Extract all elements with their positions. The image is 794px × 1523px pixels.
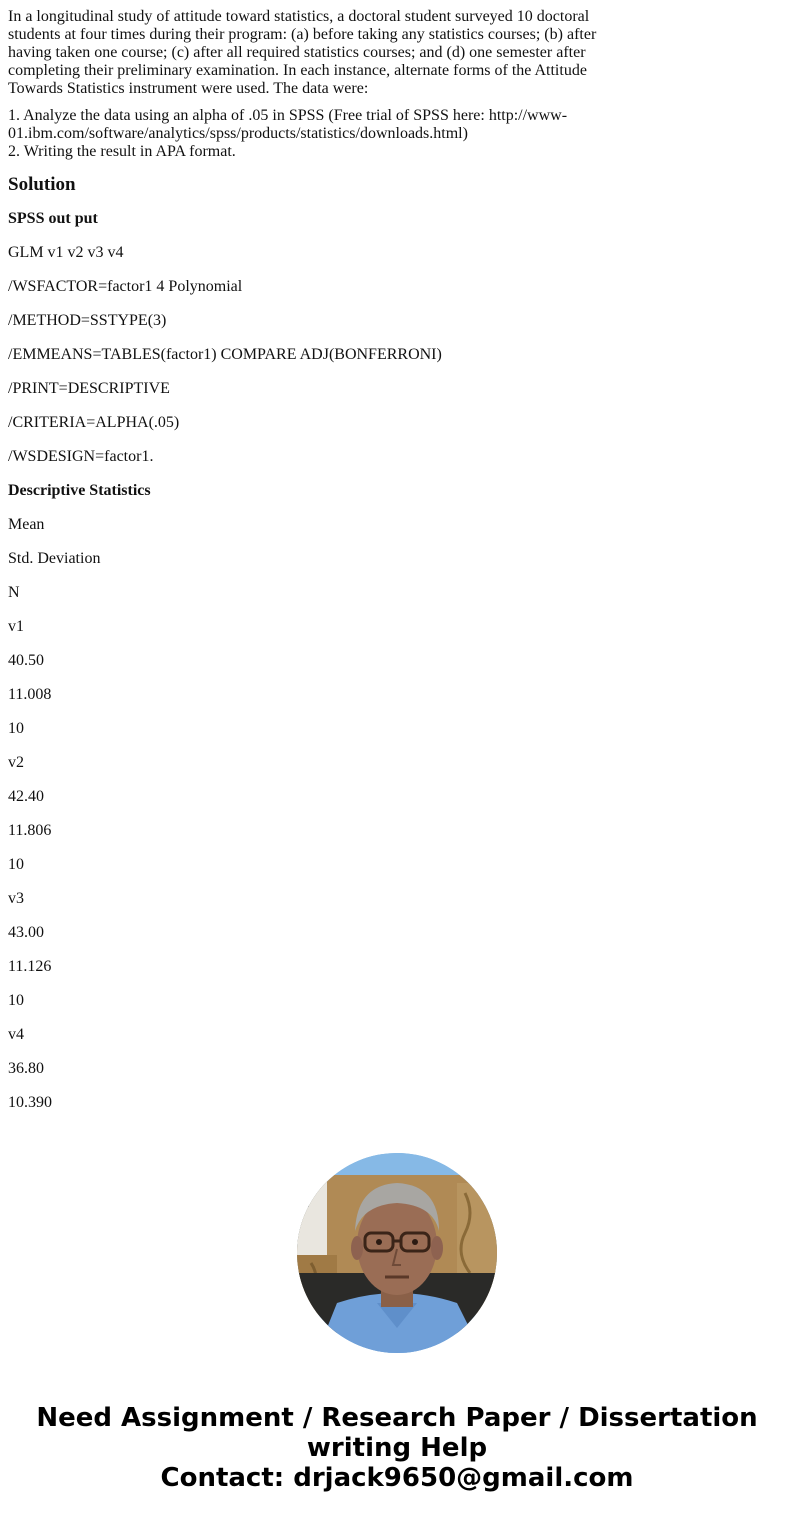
row-n: 10	[8, 720, 608, 738]
promo-line: writing Help	[0, 1433, 794, 1463]
row-variable: v4	[8, 1026, 608, 1044]
row-n: 10	[8, 992, 608, 1010]
syntax-line: /CRITERIA=ALPHA(.05)	[8, 414, 608, 432]
descriptives-title: Descriptive Statistics	[8, 482, 608, 500]
document-content: In a longitudinal study of attitude towa…	[8, 8, 608, 1122]
solution-heading: Solution	[8, 174, 608, 196]
row-sd: 11.126	[8, 958, 608, 976]
row-n: 10	[8, 856, 608, 874]
descriptives-header-mean: Mean	[8, 516, 608, 534]
question-intro: In a longitudinal study of attitude towa…	[8, 8, 608, 98]
spss-output-title: SPSS out put	[8, 210, 608, 228]
promo-line: Need Assignment / Research Paper / Disse…	[0, 1403, 794, 1433]
row-mean: 40.50	[8, 652, 608, 670]
syntax-line: /METHOD=SSTYPE(3)	[8, 312, 608, 330]
row-variable: v3	[8, 890, 608, 908]
author-avatar	[297, 1153, 497, 1353]
row-mean: 42.40	[8, 788, 608, 806]
syntax-line: /PRINT=DESCRIPTIVE	[8, 380, 608, 398]
row-variable: v2	[8, 754, 608, 772]
syntax-line: /WSDESIGN=factor1.	[8, 448, 608, 466]
row-mean: 36.80	[8, 1060, 608, 1078]
syntax-line: /WSFACTOR=factor1 4 Polynomial	[8, 278, 608, 296]
syntax-line: /EMMEANS=TABLES(factor1) COMPARE ADJ(BON…	[8, 346, 608, 364]
promo-contact: Contact: drjack9650@gmail.com	[0, 1463, 794, 1493]
descriptives-header-n: N	[8, 584, 608, 602]
question-section: In a longitudinal study of attitude towa…	[8, 8, 608, 161]
row-mean: 43.00	[8, 924, 608, 942]
solution-content: SPSS out put GLM v1 v2 v3 v4 /WSFACTOR=f…	[8, 210, 608, 1112]
person-photo-icon	[297, 1153, 497, 1353]
syntax-line: GLM v1 v2 v3 v4	[8, 244, 608, 262]
promo-banner: Need Assignment / Research Paper / Disse…	[0, 1403, 794, 1493]
task-item: 1. Analyze the data using an alpha of .0…	[8, 107, 608, 143]
task-item: 2. Writing the result in APA format.	[8, 143, 608, 161]
row-variable: v1	[8, 618, 608, 636]
row-sd: 10.390	[8, 1094, 608, 1112]
row-sd: 11.806	[8, 822, 608, 840]
descriptives-header-sd: Std. Deviation	[8, 550, 608, 568]
task-list: 1. Analyze the data using an alpha of .0…	[8, 107, 608, 161]
row-sd: 11.008	[8, 686, 608, 704]
